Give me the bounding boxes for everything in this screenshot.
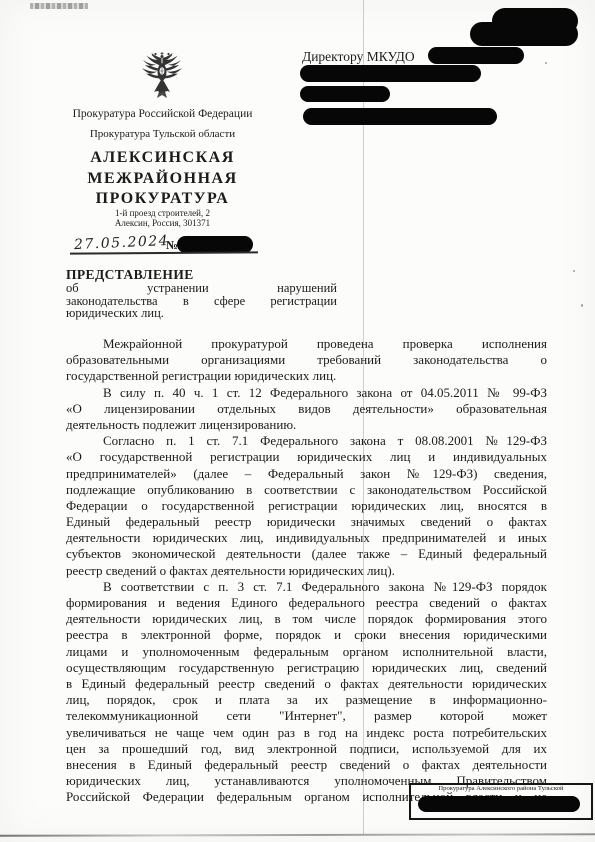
handwritten-date: 27.05.2024 [74,233,170,253]
document-title-block: ПРЕДСТАВЛЕНИЕ об устранении нарушенийзак… [66,268,337,320]
body-text-line: Согласно п. 1 ст. 7.1 Федерального закон… [66,433,547,449]
redaction-bar-addressee [470,22,578,46]
body-text-line: деятельности юридических лиц, в том числ… [66,611,547,627]
coat-of-arms-icon [137,52,187,104]
office-name-line: АЛЕКСИНСКАЯ [30,148,295,169]
document-body: Межрайонной прокуратурой проведена прове… [66,336,547,805]
body-text-line: формирования и ведения Единого федеральн… [66,595,547,611]
scanner-header-artifact [30,3,88,9]
document-title: ПРЕДСТАВЛЕНИЕ [66,268,337,282]
body-text-line: внесения в Единый федеральный реестр све… [66,757,547,773]
body-text-line: телекоммуникационной сети "Интернет", ра… [66,708,547,724]
office-address: 1-й проезд строителей, 2 Алексин, Россия… [30,209,295,228]
redaction-bar-document-number [177,236,253,253]
scan-speck [581,304,583,307]
document-subtitle: об устранении нарушенийзаконодательства … [66,282,337,320]
org-name-region: Прокуратура Тульской области [30,128,295,140]
org-name-federation: Прокуратура Российской Федерации [30,108,295,120]
page-bottom-scan-edge [0,833,595,837]
body-text-line: в Единый федеральный реестр сведений о ф… [66,676,547,692]
body-text-line: реестр сведений о фактах деятельности юр… [66,563,547,579]
body-text-line: деятельности юридических лиц, индивидуал… [66,530,547,546]
redaction-bar-addressee [428,47,524,64]
scan-speck [573,270,575,272]
office-name: АЛЕКСИНСКАЯМЕЖРАЙОННАЯПРОКУРАТУРА [30,148,295,210]
body-text-line: увеличиваться не чаще чем один раз в год… [66,725,547,741]
body-text-line: образовательными организациями требовани… [66,352,547,368]
body-text-line: лицами и уполномоченным федеральным орга… [66,644,547,660]
registration-stamp: Прокуратура Алексинского района Тульской [409,783,593,820]
document-scan-page: Прокуратура Российской Федерации Прокура… [0,0,595,842]
redaction-bar-addressee [303,108,497,125]
body-text-line: государственной регистрации юридических … [66,368,547,384]
redaction-bar-addressee [300,65,481,82]
body-text-line: Межрайонной прокуратурой проведена прове… [66,336,547,352]
body-text-line: «О лицензировании отдельных видов деятел… [66,401,547,417]
body-text-line: подлежащие опубликованию в соответствии … [66,482,547,498]
redaction-bar-addressee [300,86,390,102]
body-text-line: предпринимателей» (далее – Федеральный з… [66,466,547,482]
body-text-line: субъектов экономической деятельности (да… [66,546,547,562]
body-text-line: реестра в электронной форме, порядок и с… [66,627,547,643]
body-text-line: лиц, порядок, срок и плата за их размеще… [66,692,547,708]
redaction-bar-stamp [418,796,580,812]
stamp-text: Прокуратура Алексинского района Тульской [412,785,590,793]
addressee-line: Директору МКУДО [302,49,415,65]
office-name-line: ПРОКУРАТУРА [30,189,295,210]
body-text-line: Единый федеральный реестр юридически зна… [66,514,547,530]
document-subtitle-line: юридических лиц. [66,307,337,320]
document-subtitle-line: об устранении нарушений [66,282,337,295]
office-address-line2: Алексин, Россия, 301371 [30,219,295,229]
date-underline [70,251,258,254]
body-text-line: «О государственной регистрации юридическ… [66,449,547,465]
body-text-line: деятельность подлежит лицензированию. [66,417,547,433]
body-text-line: Федерации о государственной регистрации … [66,498,547,514]
body-text-line: цен за прошедший год, вид электронной по… [66,741,547,757]
body-text-line: В силу п. 40 ч. 1 ст. 12 Федерального за… [66,385,547,401]
body-text-line: осуществляющим государственную регистрац… [66,660,547,676]
scan-speck [545,62,547,64]
body-text-line: В соответствии с п. 3 ст. 7.1 Федерально… [66,579,547,595]
office-name-line: МЕЖРАЙОННАЯ [30,169,295,190]
